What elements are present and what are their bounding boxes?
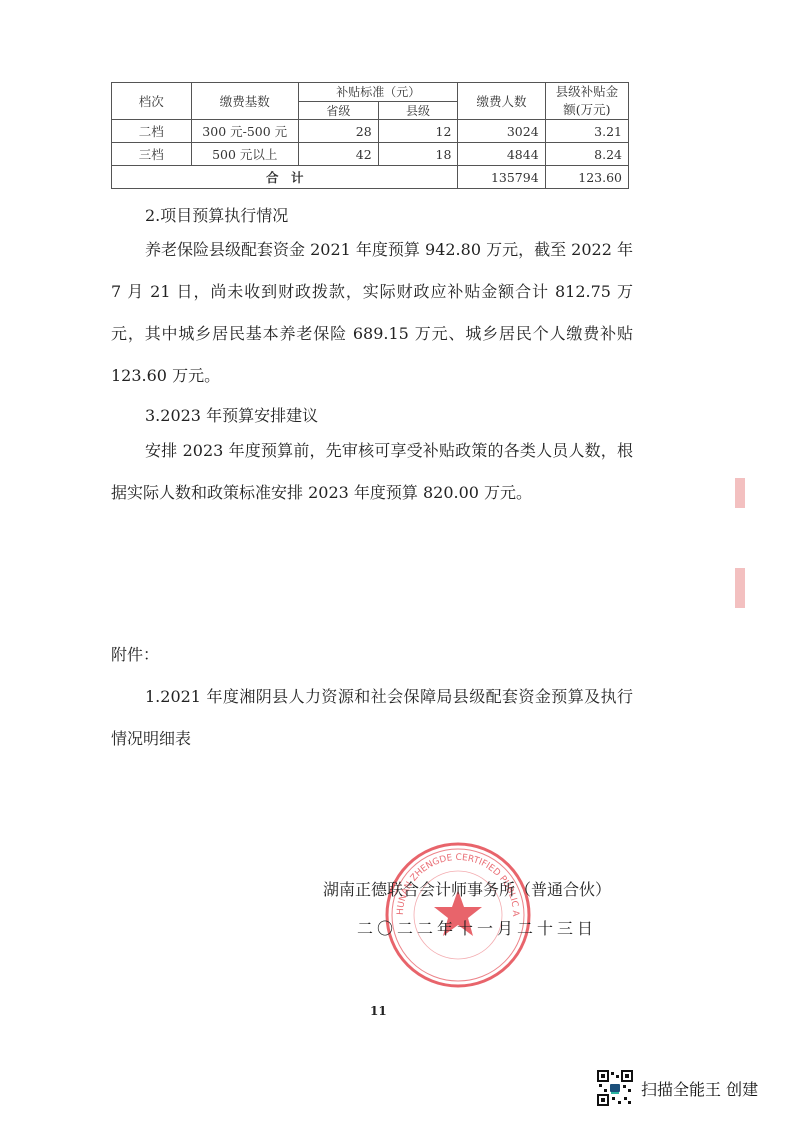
header-provincial: 省级 [299,101,379,120]
official-seal-icon: HUNAN ZHENGDE CERTIFIED PUBLIC ACCOUNTAN… [383,840,533,990]
signature-date: 二〇二二年十一月二十三日 [357,916,597,939]
section3-paragraph: 安排 2023 年度预算前，先审核可享受补贴政策的各类人员人数，根据实际人数和政… [111,430,633,514]
header-base: 缴费基数 [191,83,299,120]
section2-paragraph: 养老保险县级配套资金 2021 年度预算 942.80 万元，截至 2022 年… [111,229,633,397]
table-total-row: 合 计 135794 123.60 [112,166,629,189]
cell-amount: 8.24 [545,143,628,166]
edge-mark [735,478,745,508]
firm-name: 湖南正德联合会计师事务所（普通合伙） [323,877,611,900]
attachment-item: 1.2021 年度湘阴县人力资源和社会保障局县级配套资金预算及执行情况明细表 [111,676,633,760]
qr-code-icon [597,1070,633,1106]
header-county: 县级 [378,101,458,120]
total-label: 合 计 [112,166,458,189]
document-page: 档次 缴费基数 补贴标准（元） 缴费人数 县级补贴金额(万元) 省级 县级 二档… [0,0,793,1122]
cell-county: 18 [378,143,458,166]
cell-base: 300 元-500 元 [191,120,299,143]
section2-heading: 2.项目预算执行情况 [145,203,288,226]
cell-tier: 三档 [112,143,192,166]
total-payers: 135794 [458,166,545,189]
cell-base: 500 元以上 [191,143,299,166]
page-number: 11 [370,1004,387,1018]
cell-amount: 3.21 [545,120,628,143]
table-row: 二档 300 元-500 元 28 12 3024 3.21 [112,120,629,143]
table-header-row: 档次 缴费基数 补贴标准（元） 缴费人数 县级补贴金额(万元) [112,83,629,102]
cell-provincial: 42 [299,143,379,166]
header-county-amount: 县级补贴金额(万元) [545,83,628,120]
edge-mark [735,568,745,608]
section3-heading: 3.2023 年预算安排建议 [145,403,318,426]
cell-county: 12 [378,120,458,143]
scanner-watermark: 扫描全能王 创建 [597,1070,758,1106]
watermark-text: 扫描全能王 创建 [641,1077,758,1100]
total-amount: 123.60 [545,166,628,189]
cell-payers: 4844 [458,143,545,166]
header-payers: 缴费人数 [458,83,545,120]
header-tier: 档次 [112,83,192,120]
header-subsidy-group: 补贴标准（元） [299,83,458,102]
cell-provincial: 28 [299,120,379,143]
attachment-label: 附件： [111,634,633,676]
cell-payers: 3024 [458,120,545,143]
cell-tier: 二档 [112,120,192,143]
subsidy-table: 档次 缴费基数 补贴标准（元） 缴费人数 县级补贴金额(万元) 省级 县级 二档… [111,82,629,189]
table-row: 三档 500 元以上 42 18 4844 8.24 [112,143,629,166]
